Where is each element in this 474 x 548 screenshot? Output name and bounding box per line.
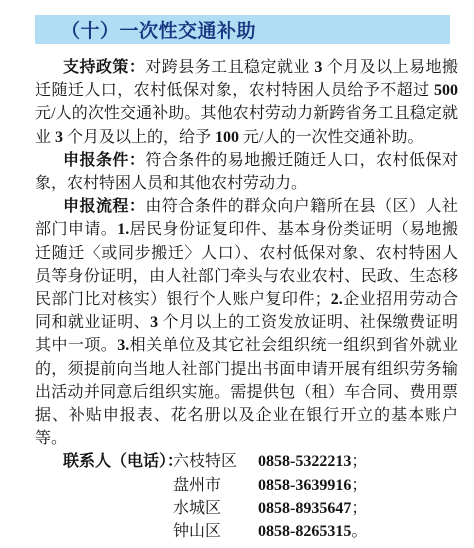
contact-phone: 0858-8935647；: [258, 497, 367, 520]
contact-phone: 0858-5322213；: [258, 450, 367, 473]
contacts-label: 联系人（电话）：: [35, 453, 183, 470]
contact-phone: 0858-3639916；: [258, 474, 367, 497]
contact-list: 联系人（电话）： 六枝特区 0858-5322213； 盘州市 0858-363…: [35, 450, 458, 543]
paragraph-conditions: 申报条件：符合条件的易地搬迁随迁人口，农村低保对象，农村特困人员和其他农村劳动力…: [35, 149, 458, 195]
contact-phone: 0858-8265315。: [258, 520, 367, 543]
process-label: 申报流程：: [63, 198, 145, 215]
contact-district: 水城区: [173, 497, 221, 520]
contact-row: 联系人（电话）： 六枝特区 0858-5322213；: [35, 450, 458, 473]
policy-label: 支持政策：: [63, 59, 145, 76]
paragraph-process: 申报流程：由符合条件的群众向户籍所在县（区）人社部门申请。1.居民身份证复印件、…: [35, 195, 458, 450]
section-title: （十）一次性交通补助: [35, 16, 256, 43]
contact-district: 六枝特区: [173, 450, 237, 473]
document-body: 支持政策：对跨县务工且稳定就业 3 个月及以上易地搬迁随迁人口，农村低保对象，农…: [35, 56, 458, 543]
section-header-bar: （十）一次性交通补助: [35, 15, 450, 44]
document-page: （十）一次性交通补助 支持政策：对跨县务工且稳定就业 3 个月及以上易地搬迁随迁…: [0, 0, 474, 548]
paragraph-policy: 支持政策：对跨县务工且稳定就业 3 个月及以上易地搬迁随迁人口，农村低保对象，农…: [35, 56, 458, 149]
contact-row: 水城区 0858-8935647；: [35, 497, 458, 520]
contact-row: 钟山区 0858-8265315。: [35, 520, 458, 543]
contact-row: 盘州市 0858-3639916；: [35, 474, 458, 497]
contact-district: 盘州市: [173, 474, 221, 497]
process-text: 由符合条件的群众向户籍所在县（区）人社部门申请。1.居民身份证复印件、基本身份类…: [35, 198, 458, 447]
contact-district: 钟山区: [173, 520, 221, 543]
conditions-label: 申报条件：: [63, 152, 145, 169]
